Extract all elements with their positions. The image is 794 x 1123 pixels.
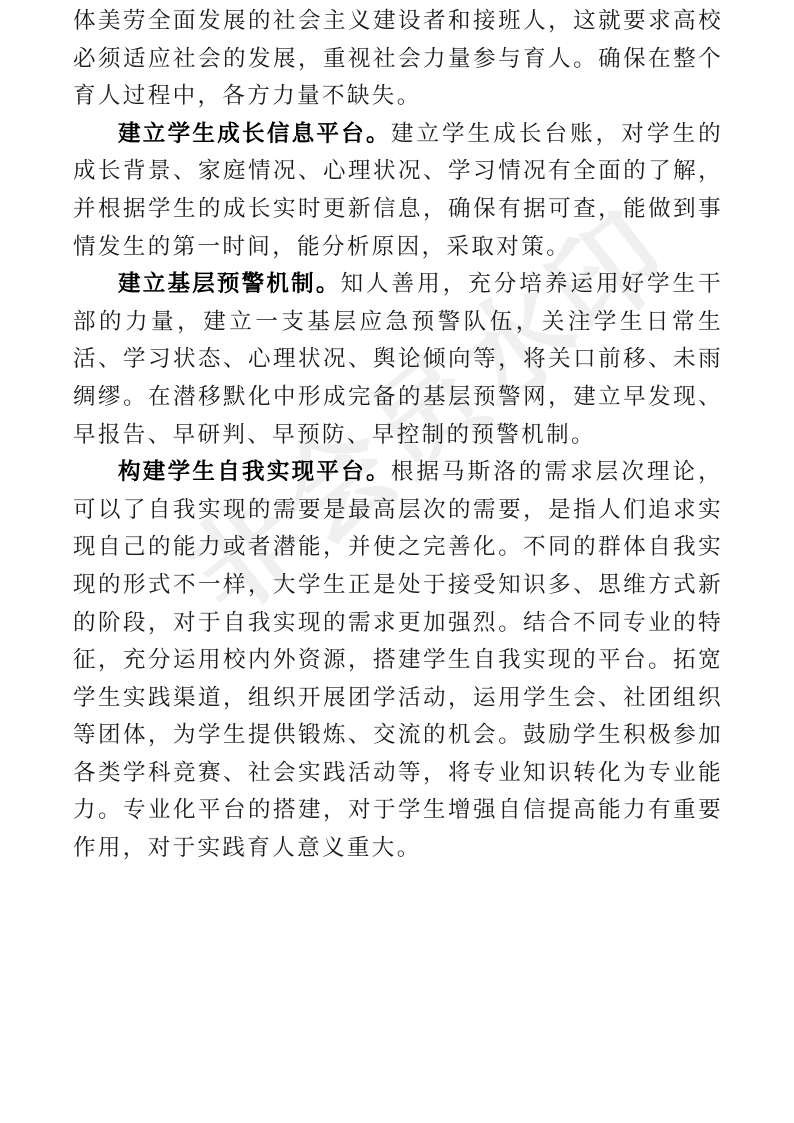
paragraph-text: 根据马斯洛的需求层次理论，可以了自我实现的需要是最高层次的需要，是指人们追求实现… (73, 459, 723, 861)
paragraph-heading: 建立学生成长信息平台。 (118, 121, 391, 147)
paragraph-text: 知人善用，充分培养运用好学生干部的力量，建立一支基层应急预警队伍，关注学生日常生… (73, 271, 723, 447)
paragraph-early-warning: 建立基层预警机制。知人善用，充分培养运用好学生干部的力量，建立一支基层应急预警队… (73, 266, 723, 454)
paragraph-continuation: 体美劳全面发展的社会主义建设者和接班人，这就要求高校必须适应社会的发展，重视社会… (73, 3, 723, 116)
paragraph-heading: 构建学生自我实现平台。 (118, 459, 391, 485)
paragraph-text: 体美劳全面发展的社会主义建设者和接班人，这就要求高校必须适应社会的发展，重视社会… (73, 8, 723, 109)
paragraph-heading: 建立基层预警机制。 (118, 271, 341, 297)
document-page: 体美劳全面发展的社会主义建设者和接班人，这就要求高校必须适应社会的发展，重视社会… (73, 3, 723, 868)
paragraph-self-actualization: 构建学生自我实现平台。根据马斯洛的需求层次理论，可以了自我实现的需要是最高层次的… (73, 454, 723, 868)
paragraph-student-growth-platform: 建立学生成长信息平台。建立学生成长台账，对学生的成长背景、家庭情况、心理状况、学… (73, 116, 723, 266)
